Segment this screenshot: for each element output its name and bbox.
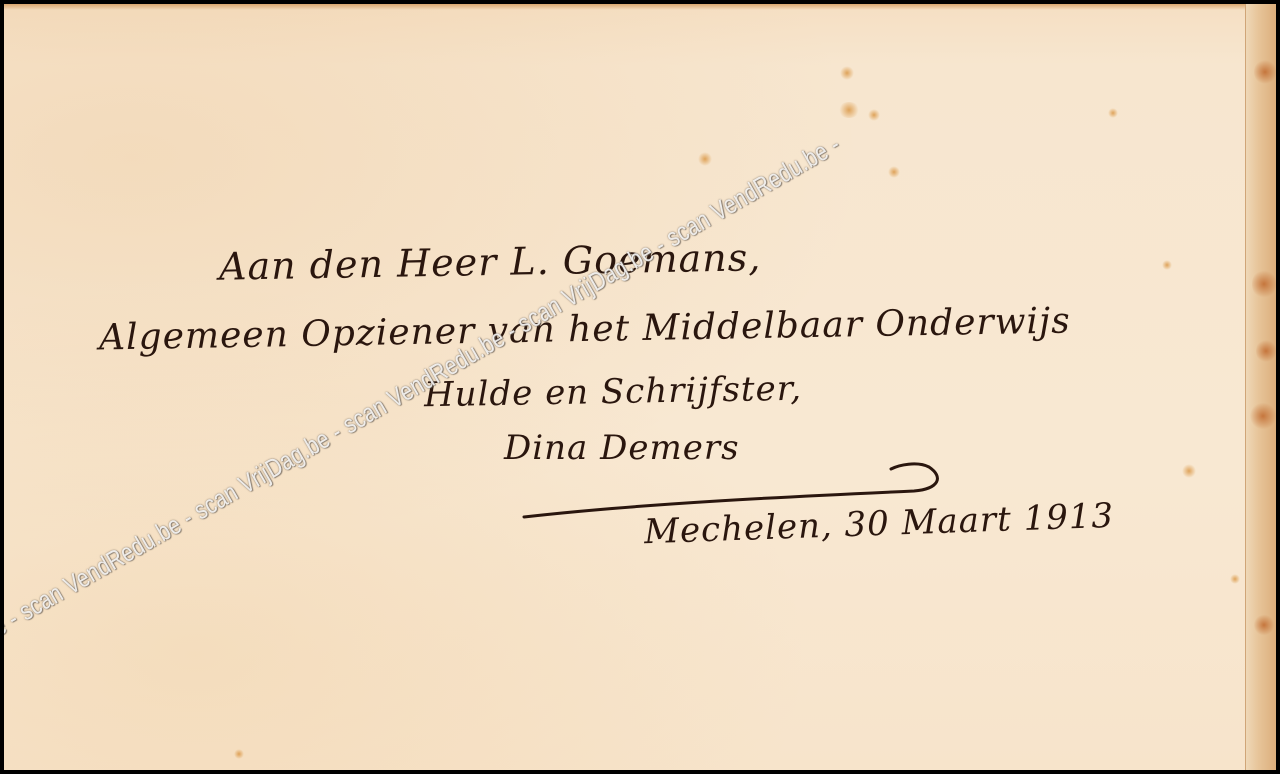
stain [1250, 402, 1276, 430]
foxing-spot [698, 152, 712, 166]
stain [1254, 614, 1274, 636]
foxing-spot [868, 109, 880, 121]
foxing-spot [234, 749, 244, 759]
foxing-spot [1182, 464, 1196, 478]
scanned-page: Aan den Heer L. Goemans, Algemeen Opzien… [4, 4, 1276, 770]
foxing-spot [838, 102, 860, 118]
page-top-edge [4, 4, 1276, 10]
foxing-spot [888, 166, 900, 178]
foxing-spot [1230, 574, 1240, 584]
stain [1252, 269, 1276, 299]
page-spine-edge [1245, 4, 1276, 770]
stain [1254, 59, 1276, 85]
foxing-spot [1108, 108, 1118, 118]
dedication-tribute: Hulde en Schrijfster, [424, 369, 803, 416]
foxing-spot [840, 66, 854, 80]
stain [1256, 339, 1276, 363]
foxing-spot [1162, 260, 1172, 270]
dedication-recipient-title: Algemeen Opziener van het Middelbaar Ond… [99, 301, 1071, 359]
